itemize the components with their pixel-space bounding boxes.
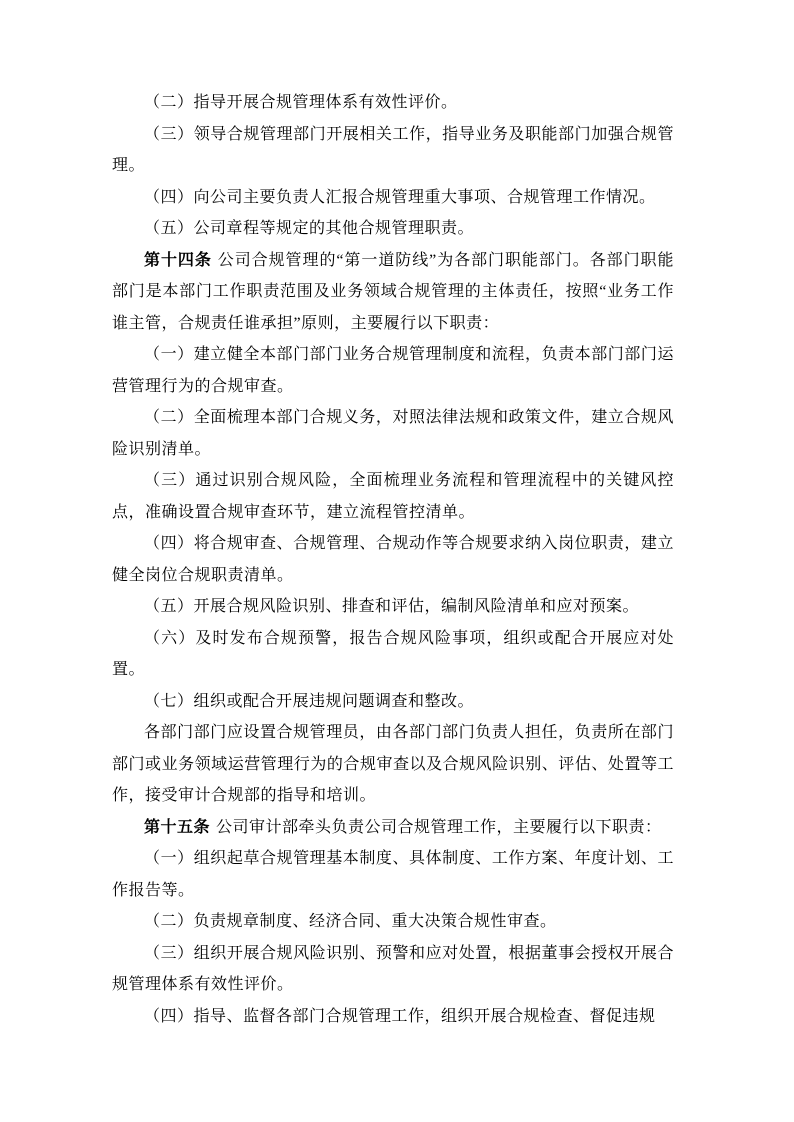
paragraph: （四）向公司主要负责人汇报合规管理重大事项、合规管理工作情况。 [112,182,674,214]
article-number: 第十四条 [144,252,212,269]
article-paragraph: 第十五条公司审计部牵头负责公司合规管理工作，主要履行以下职责： [112,812,674,844]
article-paragraph: 第十四条公司合规管理的“第一道防线”为各部门职能部门。各部门职能部门是本部门工作… [112,245,674,340]
paragraph: （一）组织起草合规管理基本制度、具体制度、工作方案、年度计划、工作报告等。 [112,843,674,906]
paragraph: （七）组织或配合开展违规问题调查和整改。 [112,686,674,718]
paragraph: （二）全面梳理本部门合规义务，对照法律法规和政策文件，建立合规风险识别清单。 [112,402,674,465]
paragraph: （二）负责规章制度、经济合同、重大决策合规性审查。 [112,906,674,938]
document-page: （二）指导开展合规管理体系有效性评价。（三）领导合规管理部门开展相关工作，指导业… [0,0,794,1122]
paragraph: （三）通过识别合规风险，全面梳理业务流程和管理流程中的关键风控点，准确设置合规审… [112,465,674,528]
paragraph: （四）指导、监督各部门合规管理工作，组织开展合规检查、督促违规 [112,1001,674,1033]
paragraph: （一）建立健全本部门部门业务合规管理制度和流程，负责本部门部门运营管理行为的合规… [112,339,674,402]
paragraph-text: 公司审计部牵头负责公司合规管理工作，主要履行以下职责： [216,819,662,836]
paragraph: （六）及时发布合规预警，报告合规风险事项，组织或配合开展应对处置。 [112,623,674,686]
paragraph: （五）公司章程等规定的其他合规管理职责。 [112,213,674,245]
paragraph: 各部门部门应设置合规管理员，由各部门部门负责人担任，负责所在部门部门或业务领域运… [112,717,674,812]
article-number: 第十五条 [144,819,210,836]
document-body: （二）指导开展合规管理体系有效性评价。（三）领导合规管理部门开展相关工作，指导业… [112,87,674,1032]
paragraph: （三）组织开展合规风险识别、预警和应对处置，根据董事会授权开展合规管理体系有效性… [112,938,674,1001]
paragraph: （三）领导合规管理部门开展相关工作，指导业务及职能部门加强合规管理。 [112,119,674,182]
paragraph: （四）将合规审查、合规管理、合规动作等合规要求纳入岗位职责，建立健全岗位合规职责… [112,528,674,591]
paragraph: （二）指导开展合规管理体系有效性评价。 [112,87,674,119]
paragraph: （五）开展合规风险识别、排查和评估，编制风险清单和应对预案。 [112,591,674,623]
